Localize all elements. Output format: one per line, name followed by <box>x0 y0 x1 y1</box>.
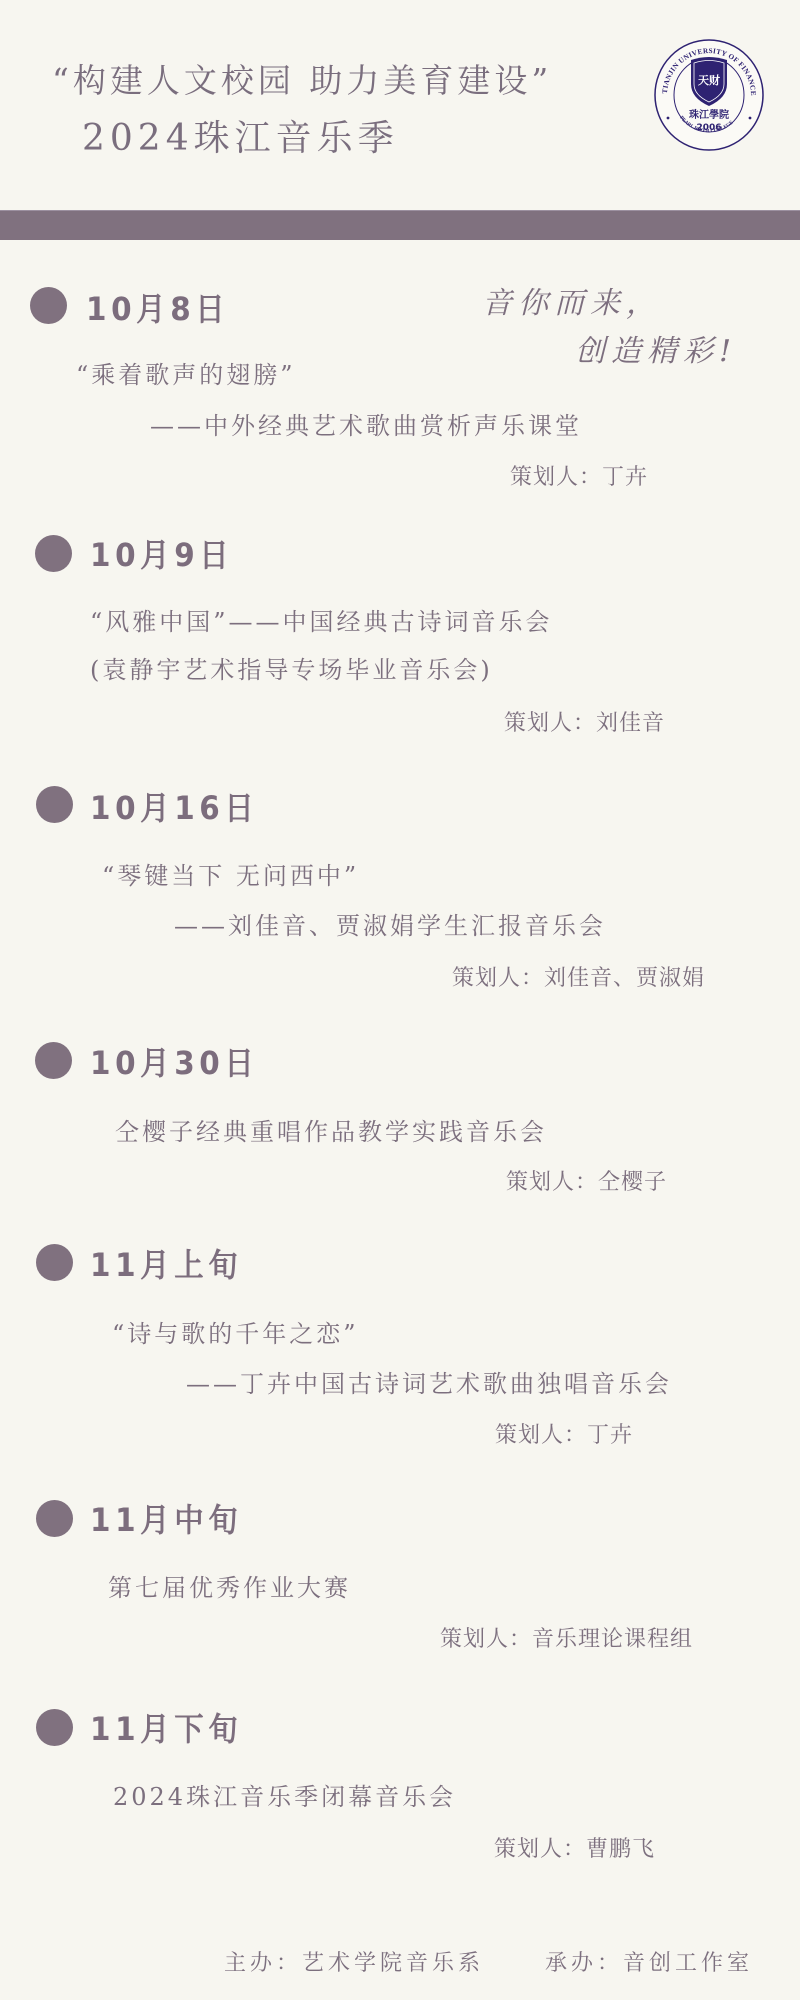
footer-host: 主办：艺术学院音乐系 <box>224 1946 484 1977</box>
bullet-dot-icon <box>36 786 73 823</box>
event-title: “风雅中国”——中国经典古诗词音乐会 <box>90 602 553 637</box>
header-divider-band <box>0 210 800 240</box>
event-title: 2024珠江音乐季闭幕音乐会 <box>113 1777 456 1812</box>
event-date: 11月下旬 <box>90 1704 242 1750</box>
title-line-2: 2024珠江音乐季 <box>82 110 399 161</box>
event-date: 11月中旬 <box>90 1495 242 1541</box>
bullet-dot-icon <box>36 1244 73 1281</box>
footer-organizer: 承办：音创工作室 <box>545 1946 753 1977</box>
bullet-dot-icon <box>30 287 67 324</box>
event-date: 10月8日 <box>86 284 229 330</box>
event-title: “琴键当下 无问西中” <box>102 856 359 891</box>
event-title: “乘着歌声的翅膀” <box>76 355 296 390</box>
event-subtitle: (袁静宇艺术指导专场毕业音乐会) <box>90 650 493 685</box>
college-name: 珠江學院 <box>689 108 729 121</box>
event-subtitle: ——中外经典艺术歌曲赏析声乐课堂 <box>150 406 582 441</box>
title-line-1: “构建人文校园 助力美育建设” <box>52 55 552 102</box>
event-planner: 策划人：音乐理论课程组 <box>440 1622 693 1653</box>
event-planner: 策划人：丁卉 <box>510 460 648 491</box>
college-seal-icon: TIANJIN UNIVERSITY OF FINANCE AND ECONOM… <box>653 38 765 152</box>
bullet-dot-icon <box>36 1709 73 1746</box>
event-planner: 策划人：刘佳音、贾淑娟 <box>452 961 705 992</box>
event-subtitle: ——刘佳音、贾淑娟学生汇报音乐会 <box>174 906 606 941</box>
event-subtitle: ——丁卉中国古诗词艺术歌曲独唱音乐会 <box>186 1364 672 1399</box>
event-planner: 策划人：曹鹏飞 <box>494 1832 655 1863</box>
bullet-dot-icon <box>35 535 72 572</box>
event-title: “诗与歌的千年之恋” <box>112 1314 359 1349</box>
slogan-line-2: 创造精彩! <box>575 326 737 370</box>
founded-year: 2006 <box>696 123 721 133</box>
event-planner: 策划人：丁卉 <box>495 1418 633 1449</box>
event-date: 10月30日 <box>90 1038 258 1084</box>
event-date: 11月上旬 <box>90 1240 242 1286</box>
college-logo: TIANJIN UNIVERSITY OF FINANCE AND ECONOM… <box>653 38 765 152</box>
event-title: 仝樱子经典重唱作品教学实践音乐会 <box>115 1112 547 1147</box>
event-title: 第七届优秀作业大赛 <box>108 1568 351 1603</box>
slogan-line-1: 音你而来， <box>482 278 662 322</box>
event-date: 10月16日 <box>90 783 258 829</box>
event-planner: 策划人：仝樱子 <box>506 1165 667 1196</box>
event-date: 10月9日 <box>90 530 233 576</box>
event-planner: 策划人：刘佳音 <box>504 706 665 737</box>
shield-text: 天财 <box>698 73 721 87</box>
bullet-dot-icon <box>35 1042 72 1079</box>
bullet-dot-icon <box>36 1500 73 1537</box>
